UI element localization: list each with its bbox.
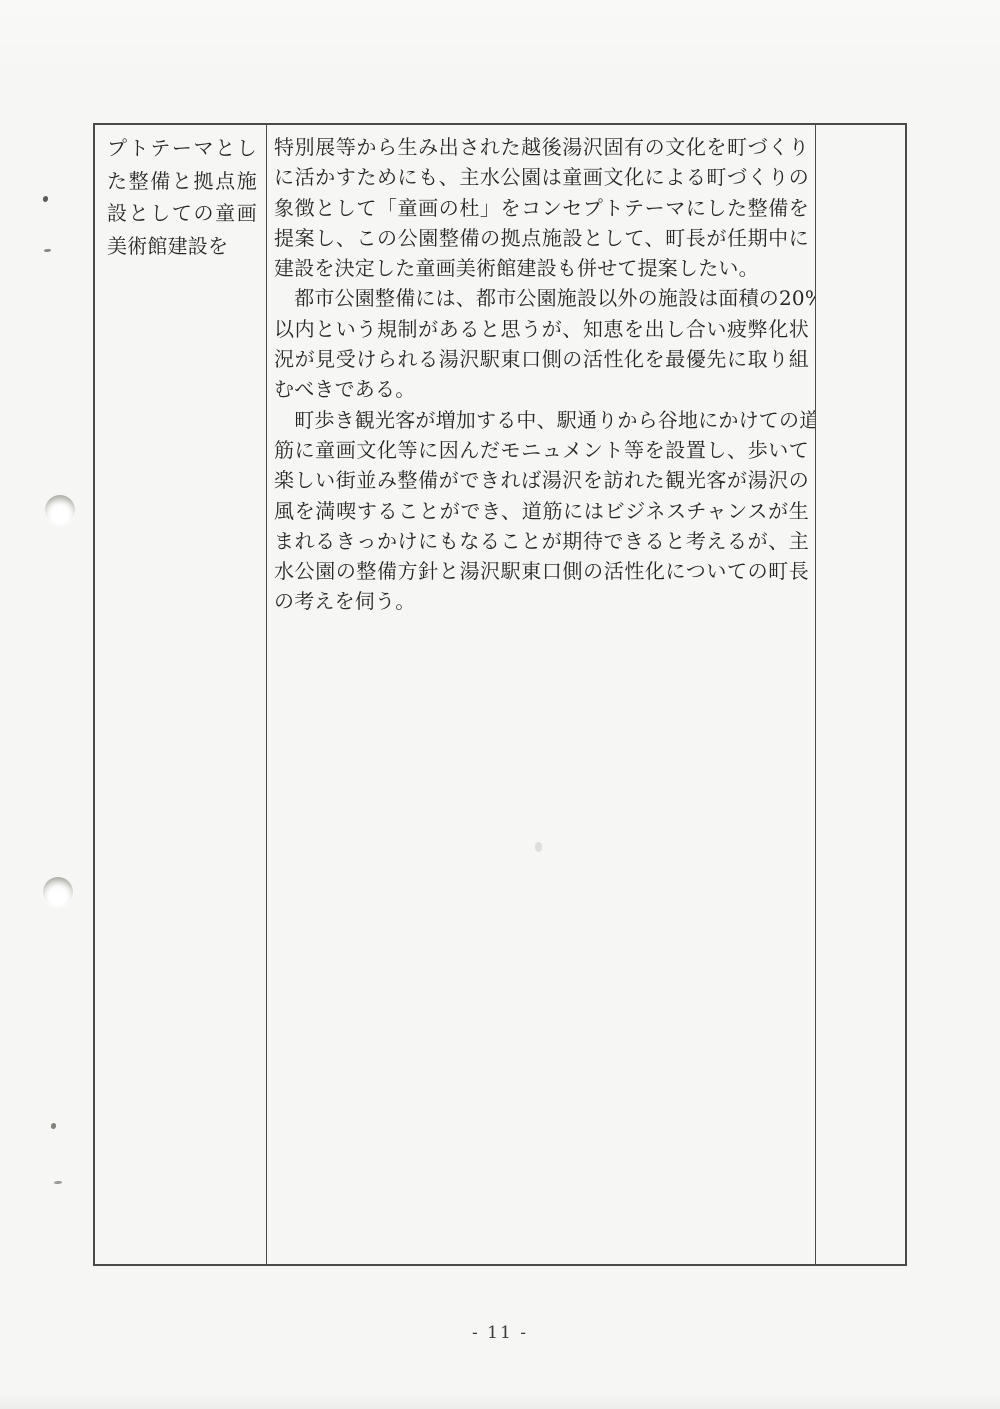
text-line: た整備と拠点施 xyxy=(107,165,257,198)
text-line: 建設を決定した童画美術館建設も併せて提案したい。 xyxy=(274,253,809,283)
text-line: 風を満喫することができ、道筋にはビジネスチャンスが生 xyxy=(274,496,809,526)
scanned-document-page: プトテーマとした整備と拠点施設としての童画美術館建設を 特別展等から生み出された… xyxy=(0,0,1000,1409)
scan-speck xyxy=(54,1181,62,1185)
table-cell-question-text: 特別展等から生み出された越後湯沢固有の文化を町づくりに活かすためにも、主水公園は… xyxy=(267,125,816,1264)
text-line: 町歩き観光客が増加する中、駅通りから谷地にかけての道 xyxy=(274,405,809,435)
minutes-table: プトテーマとした整備と拠点施設としての童画美術館建設を 特別展等から生み出された… xyxy=(93,123,907,1266)
text-line: 特別展等から生み出された越後湯沢固有の文化を町づくり xyxy=(274,132,809,162)
text-line: 筋に童画文化等に因んだモニュメント等を設置し、歩いて xyxy=(274,435,809,465)
page-number: - 11 - xyxy=(0,1323,1000,1343)
text-line: 美術館建設を xyxy=(107,230,257,263)
text-line: 象徴として「童画の杜」をコンセプトテーマにした整備を xyxy=(274,193,809,223)
text-line: むべきである。 xyxy=(274,374,809,404)
text-line: の考えを伺う。 xyxy=(274,586,809,616)
text-line: 水公園の整備方針と湯沢駅東口側の活性化についての町長 xyxy=(274,556,809,586)
scan-speck xyxy=(50,1123,56,1130)
text-line: プトテーマとし xyxy=(107,132,257,165)
table-cell-topic: プトテーマとした整備と拠点施設としての童画美術館建設を xyxy=(95,125,267,1264)
table-cell-remarks-empty xyxy=(816,125,905,1264)
text-line: に活かすためにも、主水公園は童画文化による町づくりの xyxy=(274,162,809,192)
text-line: 以内という規制があると思うが、知恵を出し合い疲弊化状 xyxy=(274,314,809,344)
text-line: 楽しい街並み整備ができれば湯沢を訪れた観光客が湯沢の xyxy=(274,465,809,495)
text-line: まれるきっかけにもなることが期待できると考えるが、主 xyxy=(274,526,809,556)
scan-speck xyxy=(44,249,51,253)
scan-speck xyxy=(42,195,49,202)
text-line: 提案し、この公園整備の拠点施設として、町長が任期中に xyxy=(274,223,809,253)
text-line: 況が見受けられる湯沢駅東口側の活性化を最優先に取り組 xyxy=(274,344,809,374)
text-line: 設としての童画 xyxy=(107,197,257,230)
text-line: 都市公園整備には、都市公園施設以外の施設は面積の20% xyxy=(274,283,809,313)
punch-hole-top xyxy=(45,495,75,525)
punch-hole-bottom xyxy=(43,877,73,907)
